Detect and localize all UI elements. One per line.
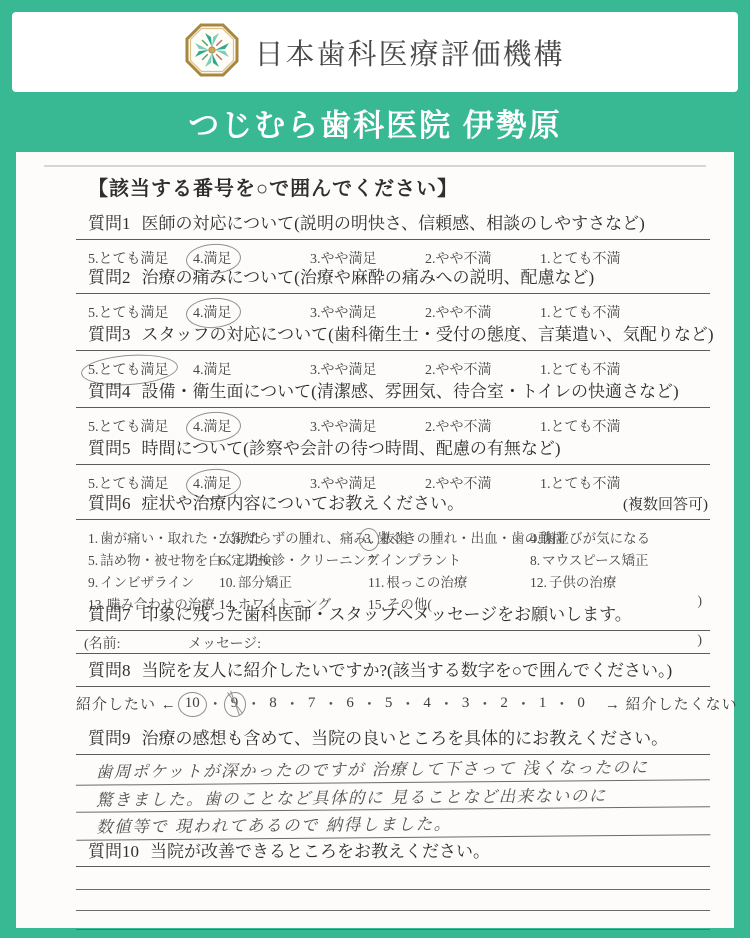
not-recommend-label: → 紹介したくない [605, 693, 738, 714]
item-number: 4. [530, 531, 540, 547]
question-10: 質問10当院が改善できるところをお教えください。 [76, 842, 710, 930]
question-number: 質問5 [88, 439, 131, 458]
rating-option: 2.やや不満 [425, 359, 492, 379]
symptom-row: 1.歯が痛い・取れた・欠けた 2.親知らずの腫れ、痛み、抜歯 3.歯ぐきの腫れ・… [76, 527, 710, 549]
item-label: 根っこの治療 [386, 575, 467, 590]
question-title: 質問9治療の感想も含めて、当院の良いところを具体的にお教えください。 [76, 729, 710, 749]
item-number: 2. [219, 531, 229, 547]
rating-row: 5.とても満足 4.満足 3.やや満足 2.やや不満 1.とても不満 [76, 248, 710, 268]
question-number: 質問9 [88, 729, 131, 748]
rating-option: 1.とても不満 [540, 473, 621, 493]
item-label: 部分矯正 [238, 575, 292, 590]
divider [76, 464, 710, 465]
item-label: 定期検診・クリーニング [231, 553, 379, 568]
rating-option-circled: 4.満足 [193, 302, 232, 322]
survey-paper: 【該当する番号を○で囲んでください】 質問1医師の対応について(説明の明快さ、信… [16, 152, 734, 928]
dot-separator: ・ [400, 693, 415, 714]
clinic-banner: つじむら歯科医院 伊勢原 [0, 94, 750, 150]
name-label: (名前: [84, 633, 121, 653]
rating-option: 1.とても不満 [540, 359, 621, 379]
dot-separator: ・ [439, 693, 454, 714]
rating-option: 3.やや満足 [310, 473, 377, 493]
nps-10-circled: 10 [183, 695, 202, 712]
divider [76, 686, 710, 687]
rating-option: 2.やや不満 [425, 473, 492, 493]
blank-answer-line [76, 867, 710, 890]
symptom-row: 9.インビザライン 10.部分矯正 11.根っこの治療 12.子供の治療 [76, 571, 710, 593]
rating-row: 5.とても満足 4.満足 3.やや満足 2.やや不満 1.とても不満 [76, 359, 710, 379]
rating-option: 3.やや満足 [310, 359, 377, 379]
question-title: 質問4設備・衛生面について(清潔感、雰囲気、待合室・トイレの快適さなど) [76, 382, 710, 402]
divider [76, 239, 710, 240]
dot-separator: ・ [477, 693, 492, 714]
rating-option: 4.満足 [193, 359, 232, 379]
divider [76, 630, 710, 631]
item-label: 歯並びが気になる [542, 531, 650, 546]
strike-line [230, 691, 240, 716]
org-name: 日本歯科医療評価機構 [254, 32, 564, 73]
question-9: 質問9治療の感想も含めて、当院の良いところを具体的にお教えください。 歯周ポケッ… [76, 729, 710, 838]
question-title: 質問10当院が改善できるところをお教えください。 [76, 842, 710, 862]
survey-page: 日本歯科医療評価機構 つじむら歯科医院 伊勢原 【該当する番号を○で囲んでくださ… [0, 0, 750, 938]
nps-4: 4 [421, 695, 433, 712]
item-number: 5. [88, 553, 98, 569]
question-number: 質問4 [88, 382, 131, 401]
rating-option: 3.やや満足 [310, 416, 377, 436]
dot-separator: ・ [323, 693, 338, 714]
nps-5: 5 [383, 695, 395, 712]
item-number: 9. [88, 575, 98, 591]
dot-separator: ・ [208, 693, 223, 714]
question-title: 質問5時間について(診察や会計の待つ時間、配慮の有無など) [76, 439, 710, 459]
multiple-answers-note: (複数回答可) [623, 495, 708, 515]
symptom-row: 5.詰め物・被せ物を白くしたい 6.定期検診・クリーニング 7.インプラント 8… [76, 549, 710, 571]
blank-answer-line [76, 911, 710, 930]
rating-option-circled: 5.とても満足 [88, 359, 169, 379]
rating-row: 5.とても満足 4.満足 3.やや満足 2.やや不満 1.とても不満 [76, 416, 710, 436]
question-7: 質問7印象に残った歯科医師・スタッフへメッセージをお願いします。 (名前: メッ… [76, 605, 710, 654]
question-3: 質問3スタッフの対応について(歯科衛生士・受付の態度、言葉遣い、気配りなど) 5… [76, 325, 710, 379]
dot-separator: ・ [285, 693, 300, 714]
rating-option: 3.やや満足 [310, 248, 377, 268]
rating-option-circled: 4.満足 [193, 416, 232, 436]
nps-2: 2 [498, 695, 510, 712]
divider [76, 350, 710, 351]
item-number: 11. [368, 575, 384, 591]
nps-scale-row: 紹介したい ← 10 ・ 9 ・ 8 ・ 7 ・ 6 ・ 5 ・ 4 ・ 3 ・… [76, 692, 710, 714]
item-label: インビザライン [100, 575, 194, 590]
item-number: 7. [368, 553, 378, 569]
handwriting-line: 数値等で 現われてあるので 納得しました。 [76, 807, 710, 841]
question-title: 質問7印象に残った歯科医師・スタッフへメッセージをお願いします。 [76, 605, 710, 625]
question-title: 質問6症状や治療内容についてお教えください。 (複数回答可) [76, 494, 710, 514]
rating-option: 3.やや満足 [310, 302, 377, 322]
rating-option: 2.やや不満 [425, 248, 492, 268]
nps-3: 3 [460, 695, 472, 712]
divider [76, 519, 710, 520]
item-number: 10. [219, 575, 236, 591]
rating-row: 5.とても満足 4.満足 3.やや満足 2.やや不満 1.とても不満 [76, 473, 710, 493]
item-number: 12. [530, 575, 547, 591]
rating-option: 1.とても不満 [540, 416, 621, 436]
form-instruction: 【該当する番号を○で囲んでください】 [88, 172, 458, 201]
header: 日本歯科医療評価機構 [12, 12, 738, 92]
rating-option: 1.とても不満 [540, 302, 621, 322]
handwritten-answer: 歯周ポケットが深かったのですが 治療して下さって 浅くなったのに 驚きました。歯… [76, 752, 711, 841]
nps-7: 7 [306, 695, 318, 712]
clinic-name: つじむら歯科医院 伊勢原 [188, 100, 562, 145]
item-label: マウスピース矯正 [542, 553, 648, 568]
divider [76, 293, 710, 294]
question-title: 質問3スタッフの対応について(歯科衛生士・受付の態度、言葉遣い、気配りなど) [76, 325, 710, 345]
rating-option: 5.とても満足 [88, 248, 169, 268]
message-label: メッセージ: [188, 633, 261, 653]
rating-option: 5.とても満足 [88, 302, 169, 322]
close-paren: ) [697, 633, 702, 649]
rating-row: 5.とても満足 4.満足 3.やや満足 2.やや不満 1.とても不満 [76, 302, 710, 322]
question-8: 質問8当院を友人に紹介したいですか?(該当する数字を○で囲んでください。) 紹介… [76, 661, 710, 714]
name-message-row: (名前: メッセージ: ) [76, 633, 710, 649]
question-number: 質問10 [88, 842, 139, 861]
nps-8: 8 [267, 695, 279, 712]
divider [76, 407, 710, 408]
item-label: インプラント [380, 553, 461, 568]
item-number: 8. [530, 553, 540, 569]
strike-line [227, 692, 243, 714]
question-number: 質問3 [88, 325, 131, 344]
nps-1: 1 [537, 695, 549, 712]
nps-6: 6 [344, 695, 356, 712]
question-number: 質問6 [88, 494, 131, 513]
rating-option-circled: 4.満足 [193, 473, 232, 493]
question-number: 質問1 [88, 214, 131, 233]
item-number: 6. [219, 553, 229, 569]
question-6: 質問6症状や治療内容についてお教えください。 (複数回答可) 1.歯が痛い・取れ… [76, 494, 710, 615]
dot-separator: ・ [554, 693, 569, 714]
item-label: 子供の治療 [549, 575, 617, 590]
rating-option: 5.とても満足 [88, 416, 169, 436]
question-title: 質問8当院を友人に紹介したいですか?(該当する数字を○で囲んでください。) [76, 661, 710, 681]
rating-option-circled: 4.満足 [193, 248, 232, 268]
dot-separator: ・ [516, 693, 531, 714]
nps-0: 0 [575, 695, 587, 712]
question-number: 質問2 [88, 268, 131, 287]
question-title: 質問1医師の対応について(説明の明快さ、信頼感、相談のしやすさなど) [76, 214, 710, 234]
blank-answer-line [76, 890, 710, 911]
rating-option: 2.やや不満 [425, 302, 492, 322]
question-number: 質問7 [88, 605, 131, 624]
question-2: 質問2治療の痛みについて(治療や麻酔の痛みへの説明、配慮など) 5.とても満足 … [76, 268, 710, 322]
item-number-circled: 3. [364, 531, 374, 547]
question-1: 質問1医師の対応について(説明の明快さ、信頼感、相談のしやすさなど) 5.とても… [76, 214, 710, 268]
question-number: 質問8 [88, 661, 131, 680]
org-logo-icon [185, 23, 239, 82]
rating-option: 2.やや不満 [425, 416, 492, 436]
question-5: 質問5時間について(診察や会計の待つ時間、配慮の有無など) 5.とても満足 4.… [76, 439, 710, 493]
rating-option: 1.とても不満 [540, 248, 621, 268]
scan-artifact-line [44, 165, 706, 167]
dot-separator: ・ [362, 693, 377, 714]
item-number: 1. [88, 531, 98, 547]
nps-9-crossed: 9 [229, 695, 241, 712]
recommend-label: 紹介したい ← [76, 693, 177, 714]
rating-option: 5.とても満足 [88, 473, 169, 493]
dot-separator: ・ [246, 693, 261, 714]
question-title: 質問2治療の痛みについて(治療や麻酔の痛みへの説明、配慮など) [76, 268, 710, 288]
divider [76, 653, 710, 654]
question-4: 質問4設備・衛生面について(清潔感、雰囲気、待合室・トイレの快適さなど) 5.と… [76, 382, 710, 436]
